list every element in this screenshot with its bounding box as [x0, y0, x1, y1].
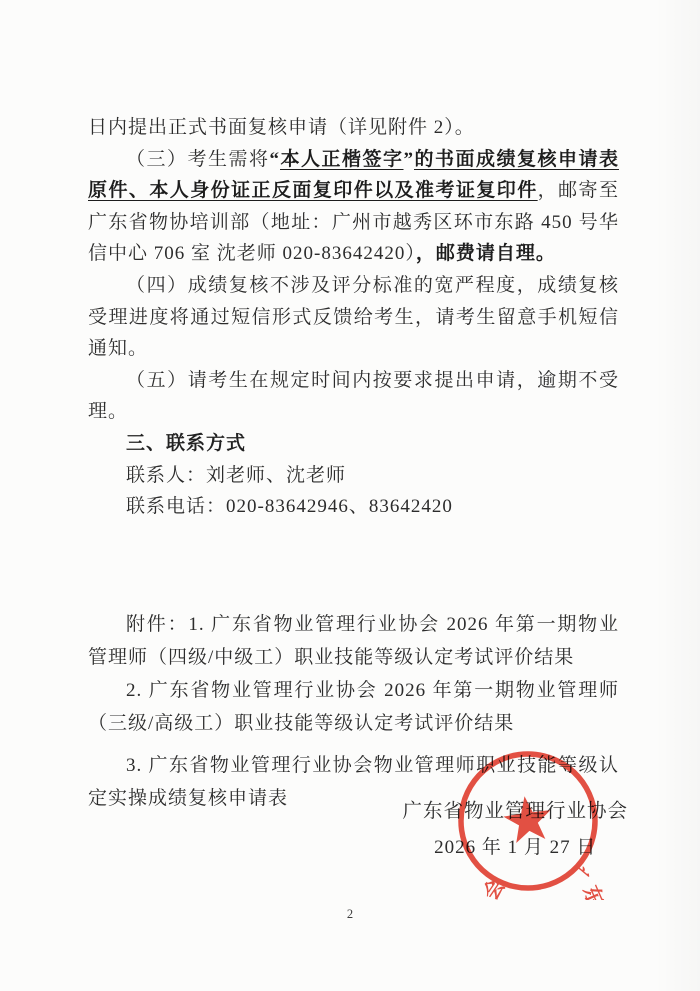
- contact-phone: 联系电话：020-83642946、83642420: [88, 491, 619, 523]
- paragraph-continuation: 日内提出正式书面复核申请（详见附件 2）。: [88, 112, 619, 144]
- contact-person: 联系人：刘老师、沈老师: [88, 460, 619, 492]
- attachment-item-2: 2. 广东省物业管理行业协会 2026 年第一期物业管理师（三级/高级工）职业技…: [88, 674, 619, 740]
- item-three-signature-phrase: 本人正楷签字: [280, 149, 404, 170]
- contact-heading: 三、联系方式: [88, 428, 619, 460]
- document-body: 日内提出正式书面复核申请（详见附件 2）。 （三）考生需将“本人正楷签字”的书面…: [88, 112, 619, 815]
- page-number: 2: [0, 907, 700, 922]
- item-three-quote-open: “: [270, 149, 281, 170]
- seal-text: 广东省物业管理行业协会: [465, 856, 607, 900]
- paragraph-item-four: （四）成绩复核不涉及评分标准的宽严程度，成绩复核受理进度将通过短信形式反馈给考生…: [88, 270, 619, 365]
- item-three-postage: ，邮费请自理。: [416, 243, 556, 264]
- attachments-label: 附件：: [126, 614, 188, 635]
- paragraph-item-three: （三）考生需将“本人正楷签字”的书面成绩复核申请表原件、本人身份证正反面复印件以…: [88, 144, 619, 270]
- document-page: 日内提出正式书面复核申请（详见附件 2）。 （三）考生需将“本人正楷签字”的书面…: [0, 0, 700, 991]
- blank-gap: [88, 523, 619, 608]
- item-three-lead: （三）考生需将: [126, 149, 270, 170]
- svg-text:广东省物业管理行业协会: 广东省物业管理行业协会: [465, 856, 607, 900]
- item-three-quote-close: ”: [404, 149, 415, 170]
- official-seal: 广东省物业管理行业协会: [449, 742, 607, 900]
- seal-star-icon: [501, 793, 554, 844]
- paragraph-item-five: （五）请考生在规定时间内按要求提出申请，逾期不受理。: [88, 365, 619, 428]
- attachment-item-1: 附件：1. 广东省物业管理行业协会 2026 年第一期物业管理师（四级/中级工）…: [88, 608, 619, 674]
